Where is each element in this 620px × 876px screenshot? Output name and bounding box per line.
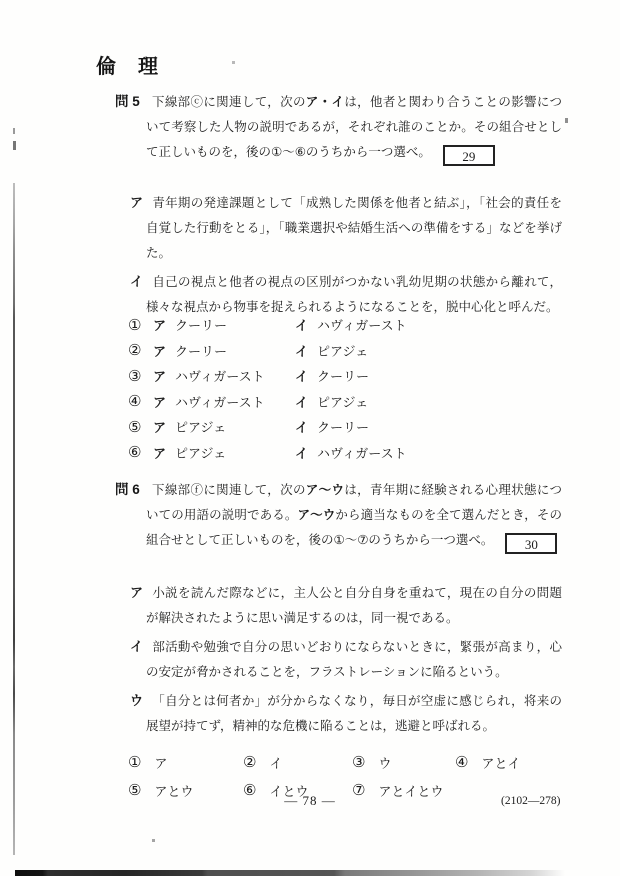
q5-opt6-b-label: イ [295, 443, 317, 462]
q5-opt5-a-label: ア [153, 417, 175, 436]
q6-item-u-text: 「自分とは何者か」が分からなくなり，毎日が空虚に感じられ，将来の展望が持てず，精… [146, 694, 562, 733]
scan-artifact-left-dash-1 [13, 128, 15, 134]
question-5-options: ①アクーリーイハヴィガースト ②アクーリーイピアジェ ③アハヴィガーストイクーリ… [128, 312, 562, 465]
q5-opt4-a-label: ア [153, 392, 175, 411]
q5-opt3-b-label: イ [295, 366, 317, 385]
scan-artifact-speck [232, 61, 235, 64]
q5-opt4-b-label: イ [295, 392, 317, 411]
q5-opt2-b-name: ピアジェ [317, 341, 562, 360]
q5-opt3-b-name: クーリー [317, 366, 562, 385]
q5-option-4: ④アハヴィガーストイピアジェ [128, 389, 562, 415]
doc-code: (2102—278) [501, 795, 560, 807]
scan-artifact-speck [565, 118, 568, 123]
q6-item-i-text: 部活動や勉強で自分の思いどおりにならないときに，緊張が高まり，心の安定が脅かされ… [146, 640, 562, 679]
q6-opt2-text: イ [269, 753, 282, 772]
q5-option-1: ①アクーリーイハヴィガースト [128, 312, 562, 338]
q5-opt2-a-name: クーリー [175, 341, 295, 360]
q5-opt1-a-name: クーリー [175, 315, 295, 334]
question-5-prompt: 下線部ⓒに関連して，次のア・イは，他者と関わり合うことの影響について考察した人物… [146, 90, 562, 166]
circled-number-icon: ③ [128, 367, 153, 385]
q5-opt2-b-label: イ [295, 341, 317, 360]
circled-number-icon: ④ [455, 753, 468, 771]
q5-opt3-a-name: ハヴィガースト [175, 366, 295, 385]
circled-number-icon: ② [243, 753, 256, 771]
q5-opt1-a-label: ア [153, 315, 175, 334]
q5-opt1-b-label: イ [295, 315, 317, 334]
q6-item-i-label: イ [130, 639, 143, 654]
scan-artifact-left-dash-2 [13, 141, 16, 150]
q5-opt5-a-name: ピアジェ [175, 417, 295, 436]
circled-number-icon: ① [128, 316, 153, 334]
q5-opt4-b-name: ピアジェ [317, 392, 562, 411]
q6-item-a: ア小説を読んだ際などに，主人公と自分自身を重ねて，現在の自分の問題が解決されたよ… [130, 580, 562, 631]
q6-item-i: イ部活動や勉強で自分の思いどおりにならないときに，緊張が高まり，心の安定が脅かさ… [130, 634, 562, 685]
q5-opt6-a-name: ピアジェ [175, 443, 295, 462]
circled-number-icon: ⑤ [128, 418, 153, 436]
q6-opt1-text: ア [154, 753, 167, 772]
scan-artifact-bottom-edge-bar [15, 870, 565, 876]
exam-page: 倫 理 問 5 下線部ⓒに関連して，次のア・イは，他者と関わり合うことの影響につ… [0, 0, 620, 876]
q5-opt2-a-label: ア [153, 341, 175, 360]
q6-item-u: ウ「自分とは何者か」が分からなくなり，毎日が空虚に感じられ，将来の展望が持てず，… [130, 688, 562, 739]
q5-opt5-b-name: クーリー [317, 417, 562, 436]
q5-opt6-a-label: ア [153, 443, 175, 462]
q5-prompt-bold: ア・イ [306, 95, 345, 109]
q6-opt4-text: アとイ [481, 753, 520, 772]
circled-number-icon: ④ [128, 392, 153, 410]
circled-number-icon: ② [128, 341, 153, 359]
q5-item-a-label: ア [130, 195, 143, 210]
q5-opt1-b-name: ハヴィガースト [317, 315, 562, 334]
scan-artifact-speck [152, 839, 155, 842]
q5-item-a: ア青年期の発達課題として「成熟した関係を他者と結ぶ」，「社会的責任を自覚した行動… [130, 190, 562, 266]
q5-prompt-pre: 下線部ⓒに関連して，次の [152, 95, 306, 109]
question-5-items: ア青年期の発達課題として「成熟した関係を他者と結ぶ」，「社会的責任を自覚した行動… [130, 190, 562, 323]
question-6-items: ア小説を読んだ際などに，主人公と自分自身を重ねて，現在の自分の問題が解決されたよ… [130, 580, 562, 742]
q5-item-i-text: 自己の視点と他者の視点の区別がつかない乳幼児期の状態から離れて，様々な視点から物… [146, 275, 562, 314]
q5-opt5-b-label: イ [295, 417, 317, 436]
q5-opt3-a-label: ア [153, 366, 175, 385]
q6-opt3-text: ウ [378, 753, 391, 772]
q5-item-i-label: イ [130, 274, 143, 289]
scan-artifact-left-edge-line [13, 183, 15, 855]
q5-opt4-a-name: ハヴィガースト [175, 392, 295, 411]
q5-option-2: ②アクーリーイピアジェ [128, 338, 562, 364]
q6-item-u-label: ウ [130, 693, 143, 708]
q6-prompt-bold: ア～ウ [306, 483, 345, 497]
q6-option-2: ②イ [243, 753, 352, 772]
q6-option-3: ③ウ [352, 753, 455, 772]
page-title: 倫 理 [96, 50, 159, 79]
question-6-prompt: 下線部ⓕに関連して，次のア～ウは，青年期に経験される心理状態についての用語の説明… [146, 478, 562, 554]
q5-opt6-b-name: ハヴィガースト [317, 443, 562, 462]
question-5-label: 問 5 [115, 90, 140, 110]
q6-answer-box: 30 [505, 533, 557, 554]
q6-option-1: ①ア [128, 753, 243, 772]
q6-prompt-bold2: ア～ウ [297, 508, 335, 522]
q5-option-5: ⑤アピアジェイクーリー [128, 414, 562, 440]
q5-option-6: ⑥アピアジェイハヴィガースト [128, 440, 562, 466]
circled-number-icon: ① [128, 753, 141, 771]
circled-number-icon: ③ [352, 753, 365, 771]
q6-prompt-pre: 下線部ⓕに関連して，次の [152, 483, 306, 497]
q5-option-3: ③アハヴィガーストイクーリー [128, 363, 562, 389]
question-6-label: 問 6 [115, 478, 140, 498]
q6-item-a-text: 小説を読んだ際などに，主人公と自分自身を重ねて，現在の自分の問題が解決されたよう… [146, 586, 562, 625]
circled-number-icon: ⑥ [128, 443, 153, 461]
q6-option-4: ④アとイ [455, 753, 562, 772]
q5-item-a-text: 青年期の発達課題として「成熟した関係を他者と結ぶ」，「社会的責任を自覚した行動を… [146, 196, 562, 260]
q5-answer-box: 29 [443, 145, 495, 166]
q6-item-a-label: ア [130, 585, 143, 600]
q6-options-row-1: ①ア ②イ ③ウ ④アとイ [128, 748, 562, 776]
